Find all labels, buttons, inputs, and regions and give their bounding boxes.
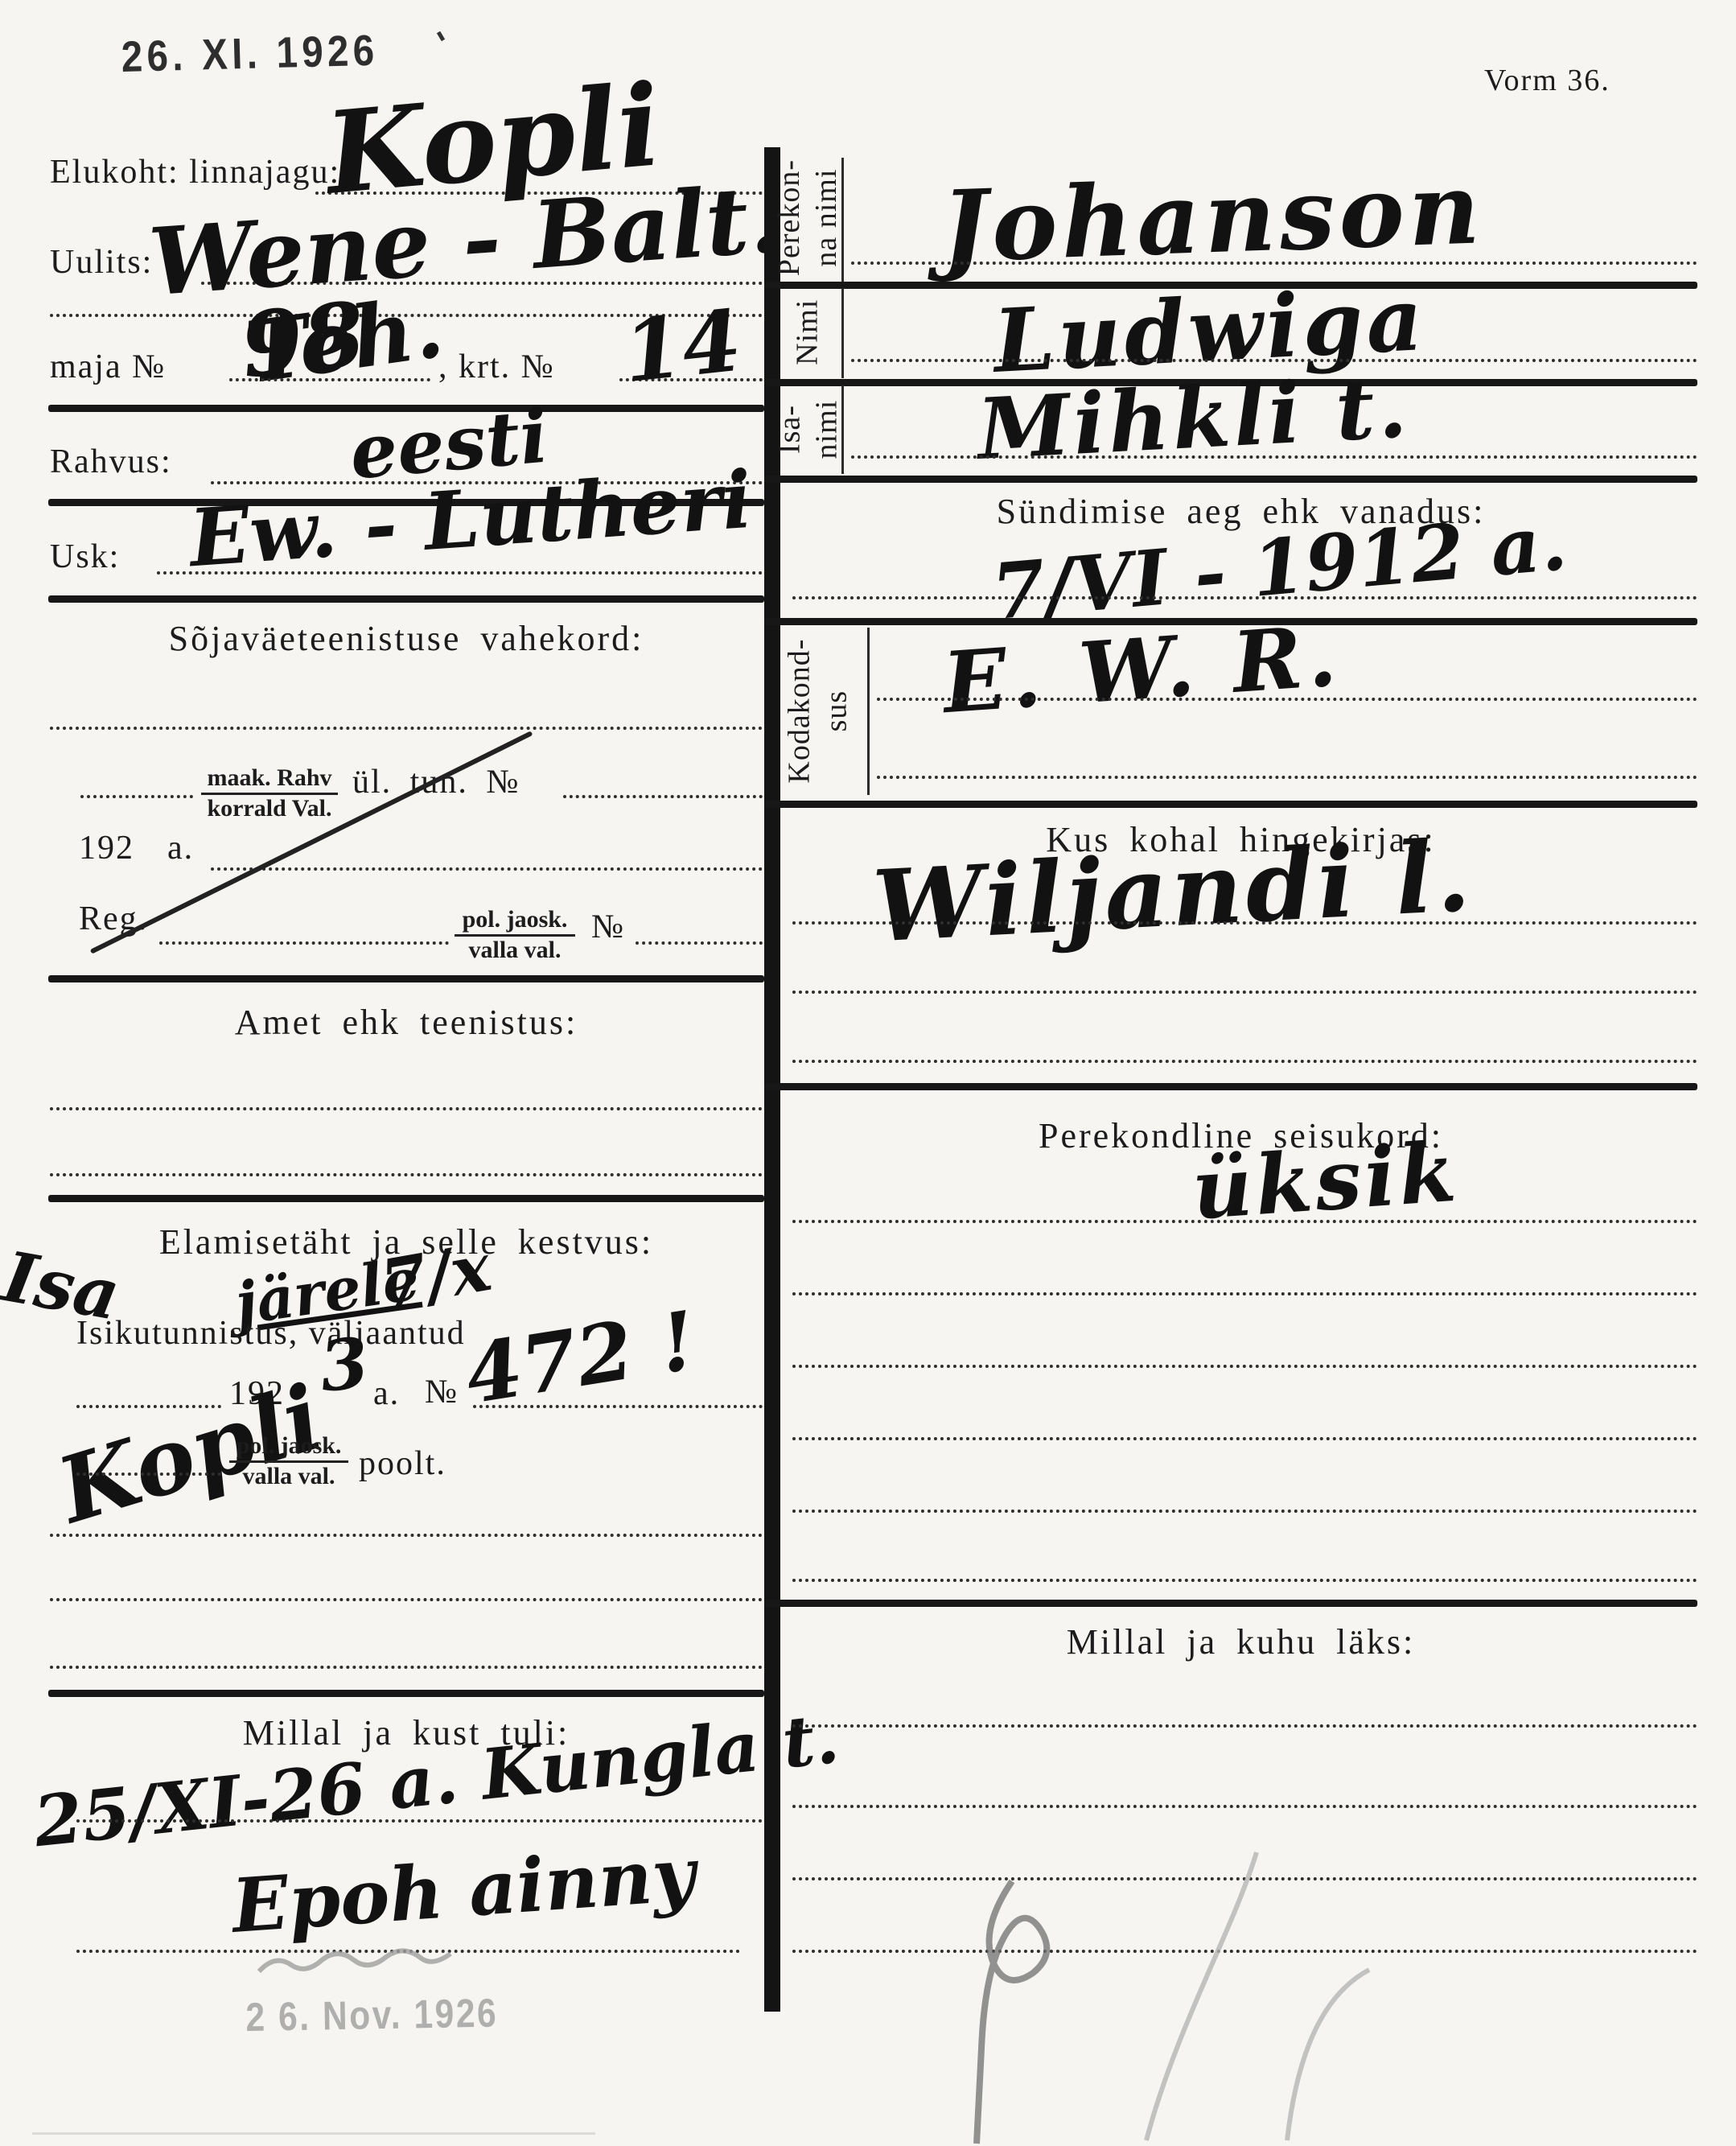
reg-no-label: №	[591, 908, 625, 946]
pencil-signature-mark	[977, 1881, 1047, 2144]
scan-artifact-line	[32, 2132, 595, 2135]
dotted-line	[50, 1666, 763, 1669]
year-192-label: 192	[79, 829, 134, 867]
pol-jaosk-top-label: pol. jaosk.	[229, 1432, 348, 1463]
divider-rule	[764, 476, 1697, 483]
divider-rule	[48, 975, 764, 982]
issue-year-a-label: a.	[373, 1374, 400, 1413]
dotted-line	[792, 1437, 1697, 1440]
issue-no-label: №	[425, 1373, 459, 1411]
dotted-line	[792, 991, 1697, 994]
registration-form-page: 26. XI. 1926 Vorm 36. Elukoht: linnajagu…	[0, 0, 1736, 2146]
dotted-line	[792, 1365, 1697, 1368]
arrival-value-line2: Epoh ainny	[229, 1831, 698, 1950]
poolt-label: poolt.	[359, 1444, 446, 1483]
residence-district-label: Elukoht: linnajagu:	[50, 153, 340, 192]
form-code: Vorm 36.	[1484, 63, 1611, 98]
maak-rahv-fraction-label: maak. Rahv korrald Val.	[201, 764, 338, 822]
surname-label-cell: Perekon- na nimi	[774, 154, 842, 282]
dotted-line	[159, 941, 449, 945]
dotted-line	[851, 359, 1697, 362]
dotted-line	[792, 1877, 1697, 1880]
dotted-line	[792, 1060, 1697, 1063]
dotted-line	[50, 1173, 763, 1176]
dotted-line	[792, 1510, 1697, 1513]
dotted-line	[563, 795, 763, 798]
divider-rule	[764, 1600, 1697, 1607]
reg-label: Reg.	[79, 900, 148, 938]
occupation-heading: Amet ehk teenistus:	[48, 1002, 764, 1043]
dotted-line	[851, 455, 1697, 459]
dotted-line	[80, 795, 193, 798]
firstname-label-cell: Nimi	[774, 286, 842, 378]
dotted-line	[792, 596, 1697, 599]
pol-jaosk-bottom-label: valla val.	[229, 1463, 348, 1491]
citizenship-label: Kodakond- sus	[781, 639, 854, 784]
pol-jaosk-top-label: pol. jaosk.	[455, 906, 575, 937]
date-stamp-bottom: 2 6. Nov. 1926	[245, 1990, 499, 2041]
dotted-line	[50, 727, 763, 730]
dotted-line	[792, 1220, 1697, 1223]
dotted-line	[851, 262, 1697, 265]
apartment-number-value: 14	[619, 290, 746, 402]
religion-value: Ew. - Lutheri	[187, 454, 755, 586]
dotted-line	[76, 1950, 740, 1953]
issue-no-value: 472 !	[459, 1292, 702, 1423]
surname-label: Perekon- na nimi	[771, 159, 845, 276]
pencil-stroke-faint	[1146, 1852, 1369, 2140]
dotted-line	[76, 1819, 763, 1823]
label-separator-line	[841, 158, 844, 282]
issue-year-digit: 3	[316, 1322, 372, 1408]
dotted-line	[877, 776, 1697, 779]
identity-card-label: Isikutunnistus, väljaantud	[76, 1314, 466, 1353]
pol-jaosk-fraction-label-2: pol. jaosk. valla val.	[229, 1432, 348, 1490]
military-service-heading: Sõjaväeteenistuse vahekord:	[48, 618, 764, 659]
dotted-line	[792, 1805, 1697, 1808]
label-separator-line	[841, 385, 844, 474]
maak-rahv-top-label: maak. Rahv	[201, 764, 338, 795]
date-stamp-top: 26. XI. 1926	[121, 26, 379, 82]
dotted-line	[792, 1724, 1697, 1728]
ink-speck	[438, 32, 443, 40]
dotted-line	[877, 698, 1697, 701]
nationality-label: Rahvus:	[50, 443, 172, 481]
pol-jaosk-bottom-label: valla val.	[455, 937, 575, 965]
divider-rule	[48, 1690, 764, 1697]
departure-heading: Millal ja kuhu läks:	[784, 1621, 1697, 1662]
divider-rule	[764, 801, 1697, 808]
father-name-label-cell: Isa- nimi	[774, 384, 842, 476]
label-separator-line	[867, 628, 870, 795]
dotted-line	[50, 1107, 763, 1110]
citizenship-label-cell: Kodakond- sus	[774, 626, 862, 797]
dotted-line	[50, 1534, 763, 1537]
dotted-line	[792, 1292, 1697, 1295]
dotted-line	[76, 1473, 221, 1476]
house-number-value: 98	[237, 282, 370, 397]
maak-rahv-bottom-label: korrald Val.	[201, 795, 338, 823]
apartment-number-label: , krt. №	[438, 348, 555, 386]
pol-jaosk-fraction-label: pol. jaosk. valla val.	[455, 906, 575, 964]
street-label: Uulits:	[50, 243, 153, 282]
dotted-line	[792, 1950, 1697, 1953]
dotted-line	[792, 921, 1697, 925]
father-name-label: Isa- nimi	[771, 400, 845, 459]
firstname-label: Nimi	[790, 299, 827, 365]
dotted-line	[211, 867, 763, 871]
divider-rule	[48, 1195, 764, 1202]
dotted-line	[50, 1598, 763, 1601]
dotted-line	[792, 1579, 1697, 1582]
house-number-label: maja №	[50, 348, 166, 386]
label-separator-line	[841, 288, 844, 378]
religion-label: Usk:	[50, 538, 120, 576]
divider-rule	[764, 1083, 1697, 1090]
faint-handwriting-scribble	[259, 1950, 450, 1971]
dotted-line	[636, 941, 763, 945]
divider-rule	[48, 595, 764, 603]
year-a-label: a.	[167, 829, 194, 867]
